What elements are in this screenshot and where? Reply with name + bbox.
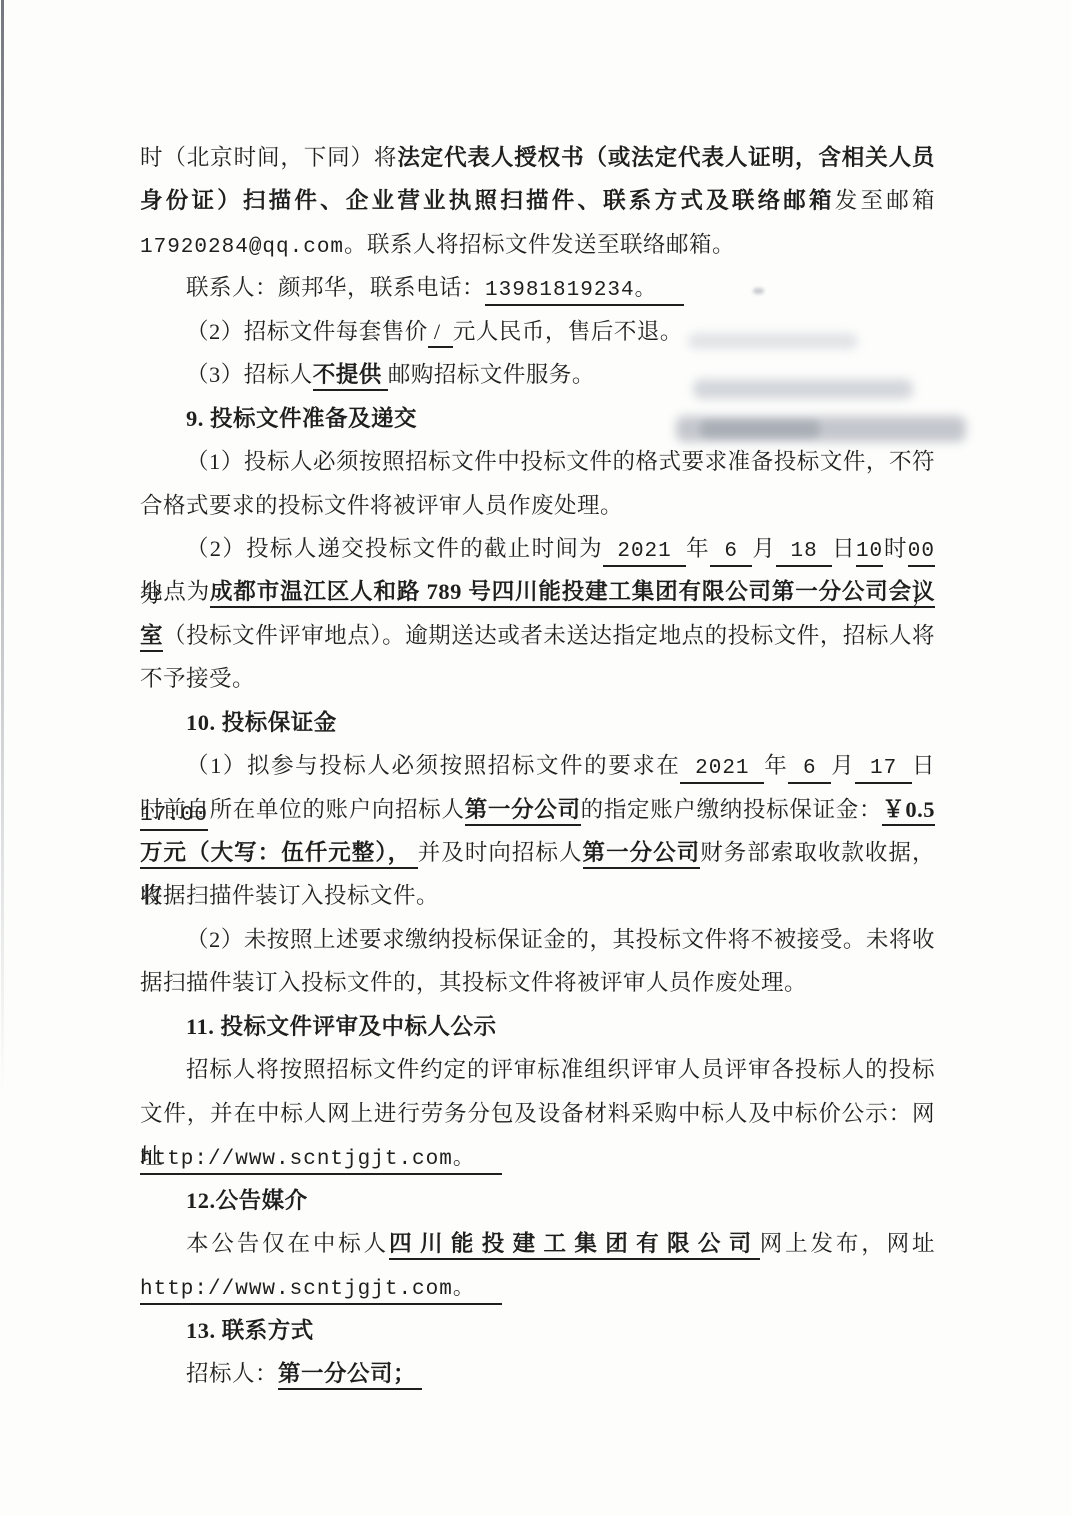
text-line-11: 地点为成都市温江区人和路 789 号四川能投建工集团有限公司第一分公司会议: [140, 570, 935, 613]
text-line-28: 13. 联系方式: [140, 1309, 935, 1352]
text-run: 招标人：: [186, 1361, 278, 1386]
text-run: 月: [752, 536, 776, 561]
text-line-21: 11. 投标文件评审及中标人公示: [140, 1005, 935, 1048]
text-run: 10. 投标保证金: [186, 710, 337, 735]
text-line-24: http://www.scntjgjt.com。: [140, 1135, 935, 1178]
text-line-9: 合格式要求的投标文件将被评审人员作废处理。: [140, 484, 935, 527]
text-line-10: （2）投标人递交投标文件的截止时间为 2021 年 6 月 18 日10时00分…: [140, 527, 935, 570]
underlined-text-run: 第一分公司；: [278, 1361, 422, 1390]
text-run: （2）未按照上述要求缴纳投标保证金的，其投标文件将不被接受。未将收: [186, 927, 935, 952]
text-line-18: 收据扫描件装订入投标文件。: [140, 874, 935, 917]
text-line-20: 据扫描件装订入投标文件的，其投标文件将被评审人员作废处理。: [140, 961, 935, 1004]
underlined-text-run: 6: [710, 540, 752, 567]
text-run: 联系人：颜邦华，联系电话：: [186, 275, 485, 300]
underlined-text-run: http://www.scntjgjt.com。: [140, 1148, 502, 1175]
underlined-text-run: 成都市温江区人和路 789 号四川能投建工集团有限公司第一分公司会议: [210, 579, 935, 608]
underlined-text-run: 13981819234。: [485, 279, 684, 306]
text-run: 年: [686, 536, 710, 561]
text-line-26: 本公告仅在中标人四川能投建工集团有限公司网上发布，网址: [140, 1222, 935, 1265]
text-run: 发至邮箱: [835, 188, 935, 213]
underlined-text-run: 不提供: [313, 362, 388, 391]
text-line-19: （2）未按照上述要求缴纳投标保证金的，其投标文件将不被接受。未将收: [140, 918, 935, 961]
text-run: 年: [764, 753, 788, 778]
text-run: 9. 投标文件准备及递交: [186, 406, 417, 431]
text-run: 13. 联系方式: [186, 1318, 314, 1343]
underlined-text-run: /: [428, 319, 453, 348]
text-run: 地点为: [140, 579, 210, 604]
text-run: 并及时向招标人: [418, 840, 583, 865]
text-run: （1）拟参与投标人必须按照招标文件的要求在: [186, 753, 680, 778]
scan-edge-line: [1, 0, 4, 1095]
underlined-text-run: 17: [855, 757, 912, 784]
scanned-document-page: 时（北京时间，下同）将法定代表人授权书（或法定代表人证明，含相关人员身份证）扫描…: [0, 0, 1071, 1516]
text-run: 网上发布，网址: [760, 1231, 935, 1256]
text-line-6: （3）招标人不提供 邮购招标文件服务。: [140, 353, 935, 396]
text-run: 时: [883, 536, 908, 561]
underlined-text-run: 第一分公司: [583, 840, 701, 869]
text-line-13: 不予接受。: [140, 657, 935, 700]
text-run: （2）招标文件每套售价: [186, 319, 428, 344]
text-line-4: 联系人：颜邦华，联系电话：13981819234。: [140, 266, 935, 309]
text-run: 月: [831, 753, 855, 778]
text-run: 四川能投建工集团有限公司: [389, 1231, 760, 1260]
text-line-12: 室（投标文件评审地点）。逾期送达或者未送达指定地点的投标文件，招标人将: [140, 614, 935, 657]
document-content: 时（北京时间，下同）将法定代表人授权书（或法定代表人证明，含相关人员身份证）扫描…: [140, 136, 935, 1396]
text-line-5: （2）招标文件每套售价 / 元人民币，售后不退。: [140, 310, 935, 353]
text-line-27: http://www.scntjgjt.com。: [140, 1265, 935, 1308]
text-run: 。联系人将招标文件发送至联络邮箱。: [344, 232, 735, 257]
text-line-2: 身份证）扫描件、企业营业执照扫描件、联系方式及联络邮箱发至邮箱: [140, 179, 935, 222]
text-line-15: （1）拟参与投标人必须按照招标文件的要求在 2021 年 6 月 17 日17:…: [140, 744, 935, 787]
underlined-text-run: 第一分公司: [465, 797, 581, 826]
text-run: 11. 投标文件评审及中标人公示: [186, 1014, 497, 1039]
text-run: 时前自所在单位的账户向招标人: [140, 797, 465, 822]
text-line-22: 招标人将按照招标文件约定的评审标准组织评审人员评审各投标人的投标: [140, 1048, 935, 1091]
text-run: （3）招标人: [186, 362, 313, 387]
text-run: 17920284@qq.com: [140, 236, 344, 259]
underlined-text-run: 6: [788, 757, 831, 784]
text-line-7: 9. 投标文件准备及递交: [140, 397, 935, 440]
underlined-text-run: 室: [140, 623, 163, 652]
text-run: 日: [912, 753, 935, 778]
text-line-1: 时（北京时间，下同）将法定代表人授权书（或法定代表人证明，含相关人员: [140, 136, 935, 179]
text-line-3: 17920284@qq.com。联系人将招标文件发送至联络邮箱。: [140, 223, 935, 266]
text-run: 不予接受。: [140, 666, 255, 691]
underlined-text-run: 10: [856, 540, 883, 567]
text-line-23: 文件，并在中标人网上进行劳务分包及设备材料采购中标人及中标价公示：网址: [140, 1092, 935, 1135]
text-line-14: 10. 投标保证金: [140, 701, 935, 744]
text-run: 法定代表人授权书（或法定代表人证明，含相关人员: [397, 145, 935, 170]
text-run: 据扫描件装订入投标文件的，其投标文件将被评审人员作废处理。: [140, 970, 807, 995]
text-line-29: 招标人：第一分公司；: [140, 1352, 935, 1395]
text-run: （1）投标人必须按照招标文件中投标文件的格式要求准备投标文件，不符: [186, 449, 935, 474]
text-run: 的指定账户缴纳投标保证金：: [581, 797, 883, 822]
underlined-text-run: ￥0.5: [882, 797, 935, 826]
text-run: 日: [832, 536, 856, 561]
text-line-8: （1）投标人必须按照招标文件中投标文件的格式要求准备投标文件，不符: [140, 440, 935, 483]
text-run: 邮购招标文件服务。: [388, 362, 595, 387]
underlined-text-run: 18: [776, 540, 832, 567]
text-run: （2）投标人递交投标文件的截止时间为: [186, 536, 603, 561]
text-run: 元人民币，售后不退。: [453, 319, 683, 344]
underlined-text-run: 00: [908, 540, 935, 567]
text-run: （投标文件评审地点）。逾期送达或者未送达指定地点的投标文件，招标人将: [163, 623, 935, 648]
text-run: 12.公告媒介: [186, 1188, 308, 1213]
text-run: 时（北京时间，下同）将: [140, 145, 397, 170]
text-line-17: 万元（大写：伍仟元整）， 并及时向招标人第一分公司财务部索取收款收据，将: [140, 831, 935, 874]
text-run: 本公告仅在中标人: [186, 1231, 389, 1256]
text-line-16: 时前自所在单位的账户向招标人第一分公司的指定账户缴纳投标保证金：￥0.5: [140, 788, 935, 831]
text-run: 合格式要求的投标文件将被评审人员作废处理。: [140, 493, 623, 518]
text-run: 身份证）扫描件、企业营业执照扫描件、联系方式及联络邮箱: [140, 188, 835, 213]
underlined-text-run: 2021: [680, 757, 764, 784]
underlined-text-run: 2021: [603, 540, 686, 567]
underlined-text-run: 万元（大写：伍仟元整），: [140, 840, 418, 869]
text-run: 招标人将按照招标文件约定的评审标准组织评审人员评审各投标人的投标: [186, 1057, 935, 1082]
text-run: 收据扫描件装订入投标文件。: [140, 883, 439, 908]
underlined-text-run: http://www.scntjgjt.com。: [140, 1278, 502, 1305]
text-line-25: 12.公告媒介: [140, 1179, 935, 1222]
